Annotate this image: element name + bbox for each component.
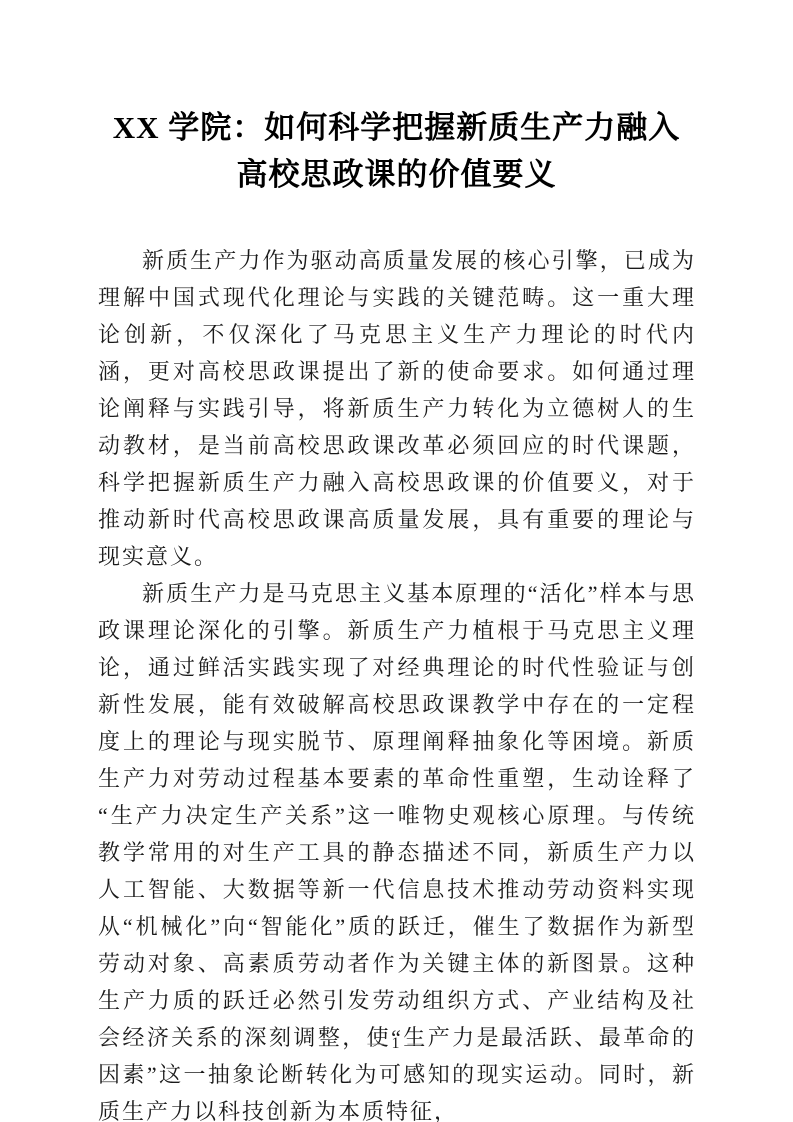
title-line-1: XX 学院：如何科学把握新质生产力融入 xyxy=(48,104,745,151)
title-line-2: 高校思政课的价值要义 xyxy=(48,151,745,198)
document-body: 新质生产力作为驱动高质量发展的核心引擎，已成为理解中国式现代化理论与实践的关键范… xyxy=(98,242,696,1122)
paragraph-1: 新质生产力作为驱动高质量发展的核心引擎，已成为理解中国式现代化理论与实践的关键范… xyxy=(98,242,696,575)
document-page: XX 学院：如何科学把握新质生产力融入 高校思政课的价值要义 新质生产力作为驱动… xyxy=(0,0,793,1122)
page-number: 1 xyxy=(392,1035,402,1052)
footer-dash-left: — xyxy=(362,1035,392,1052)
footer-dash-right: — xyxy=(402,1035,432,1052)
document-title: XX 学院：如何科学把握新质生产力融入 高校思政课的价值要义 xyxy=(48,104,745,198)
page-footer: —1— xyxy=(0,1034,793,1054)
